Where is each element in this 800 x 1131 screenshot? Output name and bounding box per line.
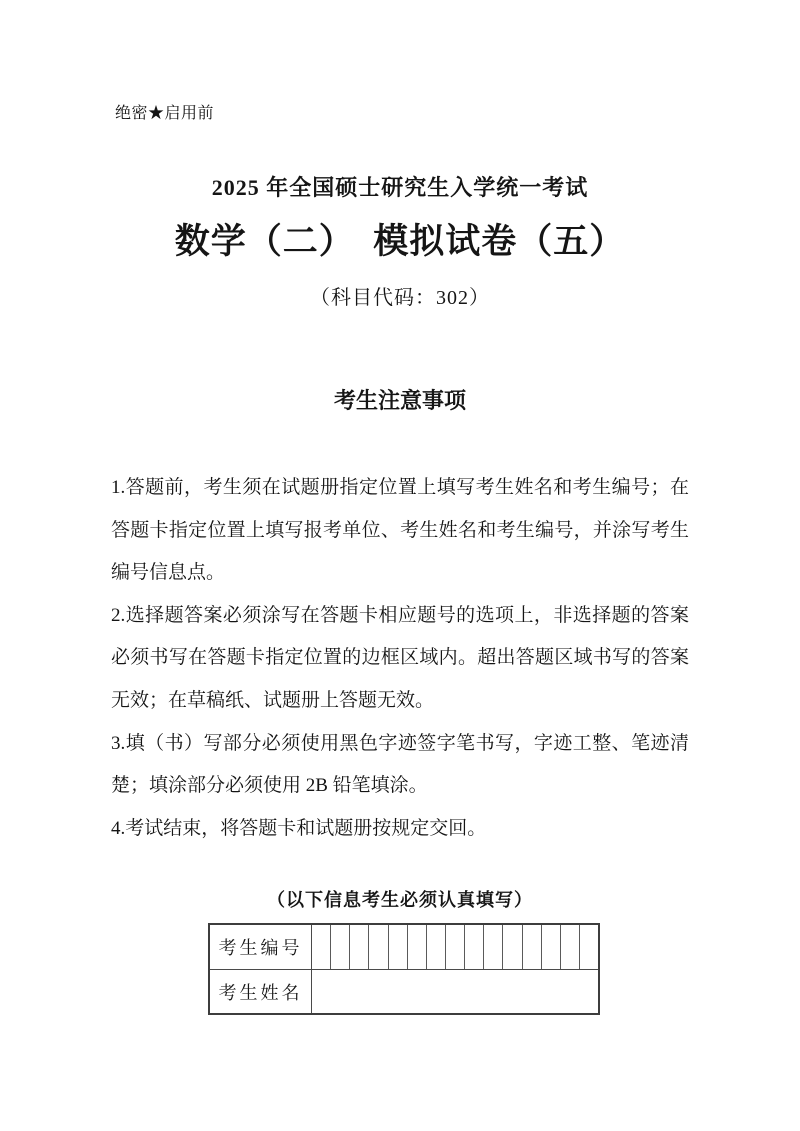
instruction-line: 4.考试结束，将答题卡和试题册按规定交回。: [111, 808, 689, 851]
candidate-number-cell: [331, 925, 350, 969]
exam-cover-page: 绝密★启用前 2025 年全国硕士研究生入学统一考试 数学（二） 模拟试卷（五）…: [0, 0, 800, 1131]
candidate-number-cell: [561, 925, 580, 969]
candidate-name-row: 考生姓名: [210, 970, 598, 1013]
fill-note: （以下信息考生必须认真填写）: [0, 886, 800, 912]
candidate-number-cells: [312, 925, 598, 969]
subject-code: （科目代码：302）: [0, 281, 800, 310]
candidate-number-cell: [542, 925, 561, 969]
exam-title: 2025 年全国硕士研究生入学统一考试: [0, 171, 800, 202]
classification-label: 绝密★启用前: [115, 100, 214, 123]
candidate-number-cell: [580, 925, 598, 969]
paper-title: 数学（二） 模拟试卷（五）: [0, 214, 800, 264]
instruction-line: 答题卡指定位置上填写报考单位、考生姓名和考生编号，并涂写考生: [111, 510, 689, 553]
candidate-number-cell: [408, 925, 427, 969]
candidate-name-field: [312, 970, 598, 1013]
candidate-number-cell: [503, 925, 522, 969]
instruction-line: 3.填（书）写部分必须使用黑色字迹签字笔书写，字迹工整、笔迹清: [111, 723, 689, 766]
candidate-name-label: 考生姓名: [210, 970, 312, 1013]
instruction-line: 楚；填涂部分必须使用 2B 铅笔填涂。: [111, 765, 689, 808]
candidate-number-cell: [427, 925, 446, 969]
candidate-number-cell: [369, 925, 388, 969]
notice-heading: 考生注意事项: [0, 384, 800, 415]
candidate-number-cell: [389, 925, 408, 969]
candidate-info-table: 考生编号 考生姓名: [208, 923, 600, 1015]
candidate-number-label: 考生编号: [210, 925, 312, 969]
instruction-line: 必须书写在答题卡指定位置的边框区域内。超出答题区域书写的答案: [111, 637, 689, 680]
candidate-number-cell: [312, 925, 331, 969]
candidate-number-cell: [350, 925, 369, 969]
candidate-number-cell: [465, 925, 484, 969]
instruction-line: 1.答题前，考生须在试题册指定位置上填写考生姓名和考生编号；在: [111, 467, 689, 510]
instruction-line: 编号信息点。: [111, 552, 689, 595]
candidate-number-row: 考生编号: [210, 925, 598, 970]
instruction-line: 无效；在草稿纸、试题册上答题无效。: [111, 680, 689, 723]
candidate-number-cell: [446, 925, 465, 969]
instructions-list: 1.答题前，考生须在试题册指定位置上填写考生姓名和考生编号；在答题卡指定位置上填…: [111, 467, 689, 850]
candidate-number-cell: [484, 925, 503, 969]
instruction-line: 2.选择题答案必须涂写在答题卡相应题号的选项上，非选择题的答案: [111, 595, 689, 638]
candidate-number-cell: [523, 925, 542, 969]
